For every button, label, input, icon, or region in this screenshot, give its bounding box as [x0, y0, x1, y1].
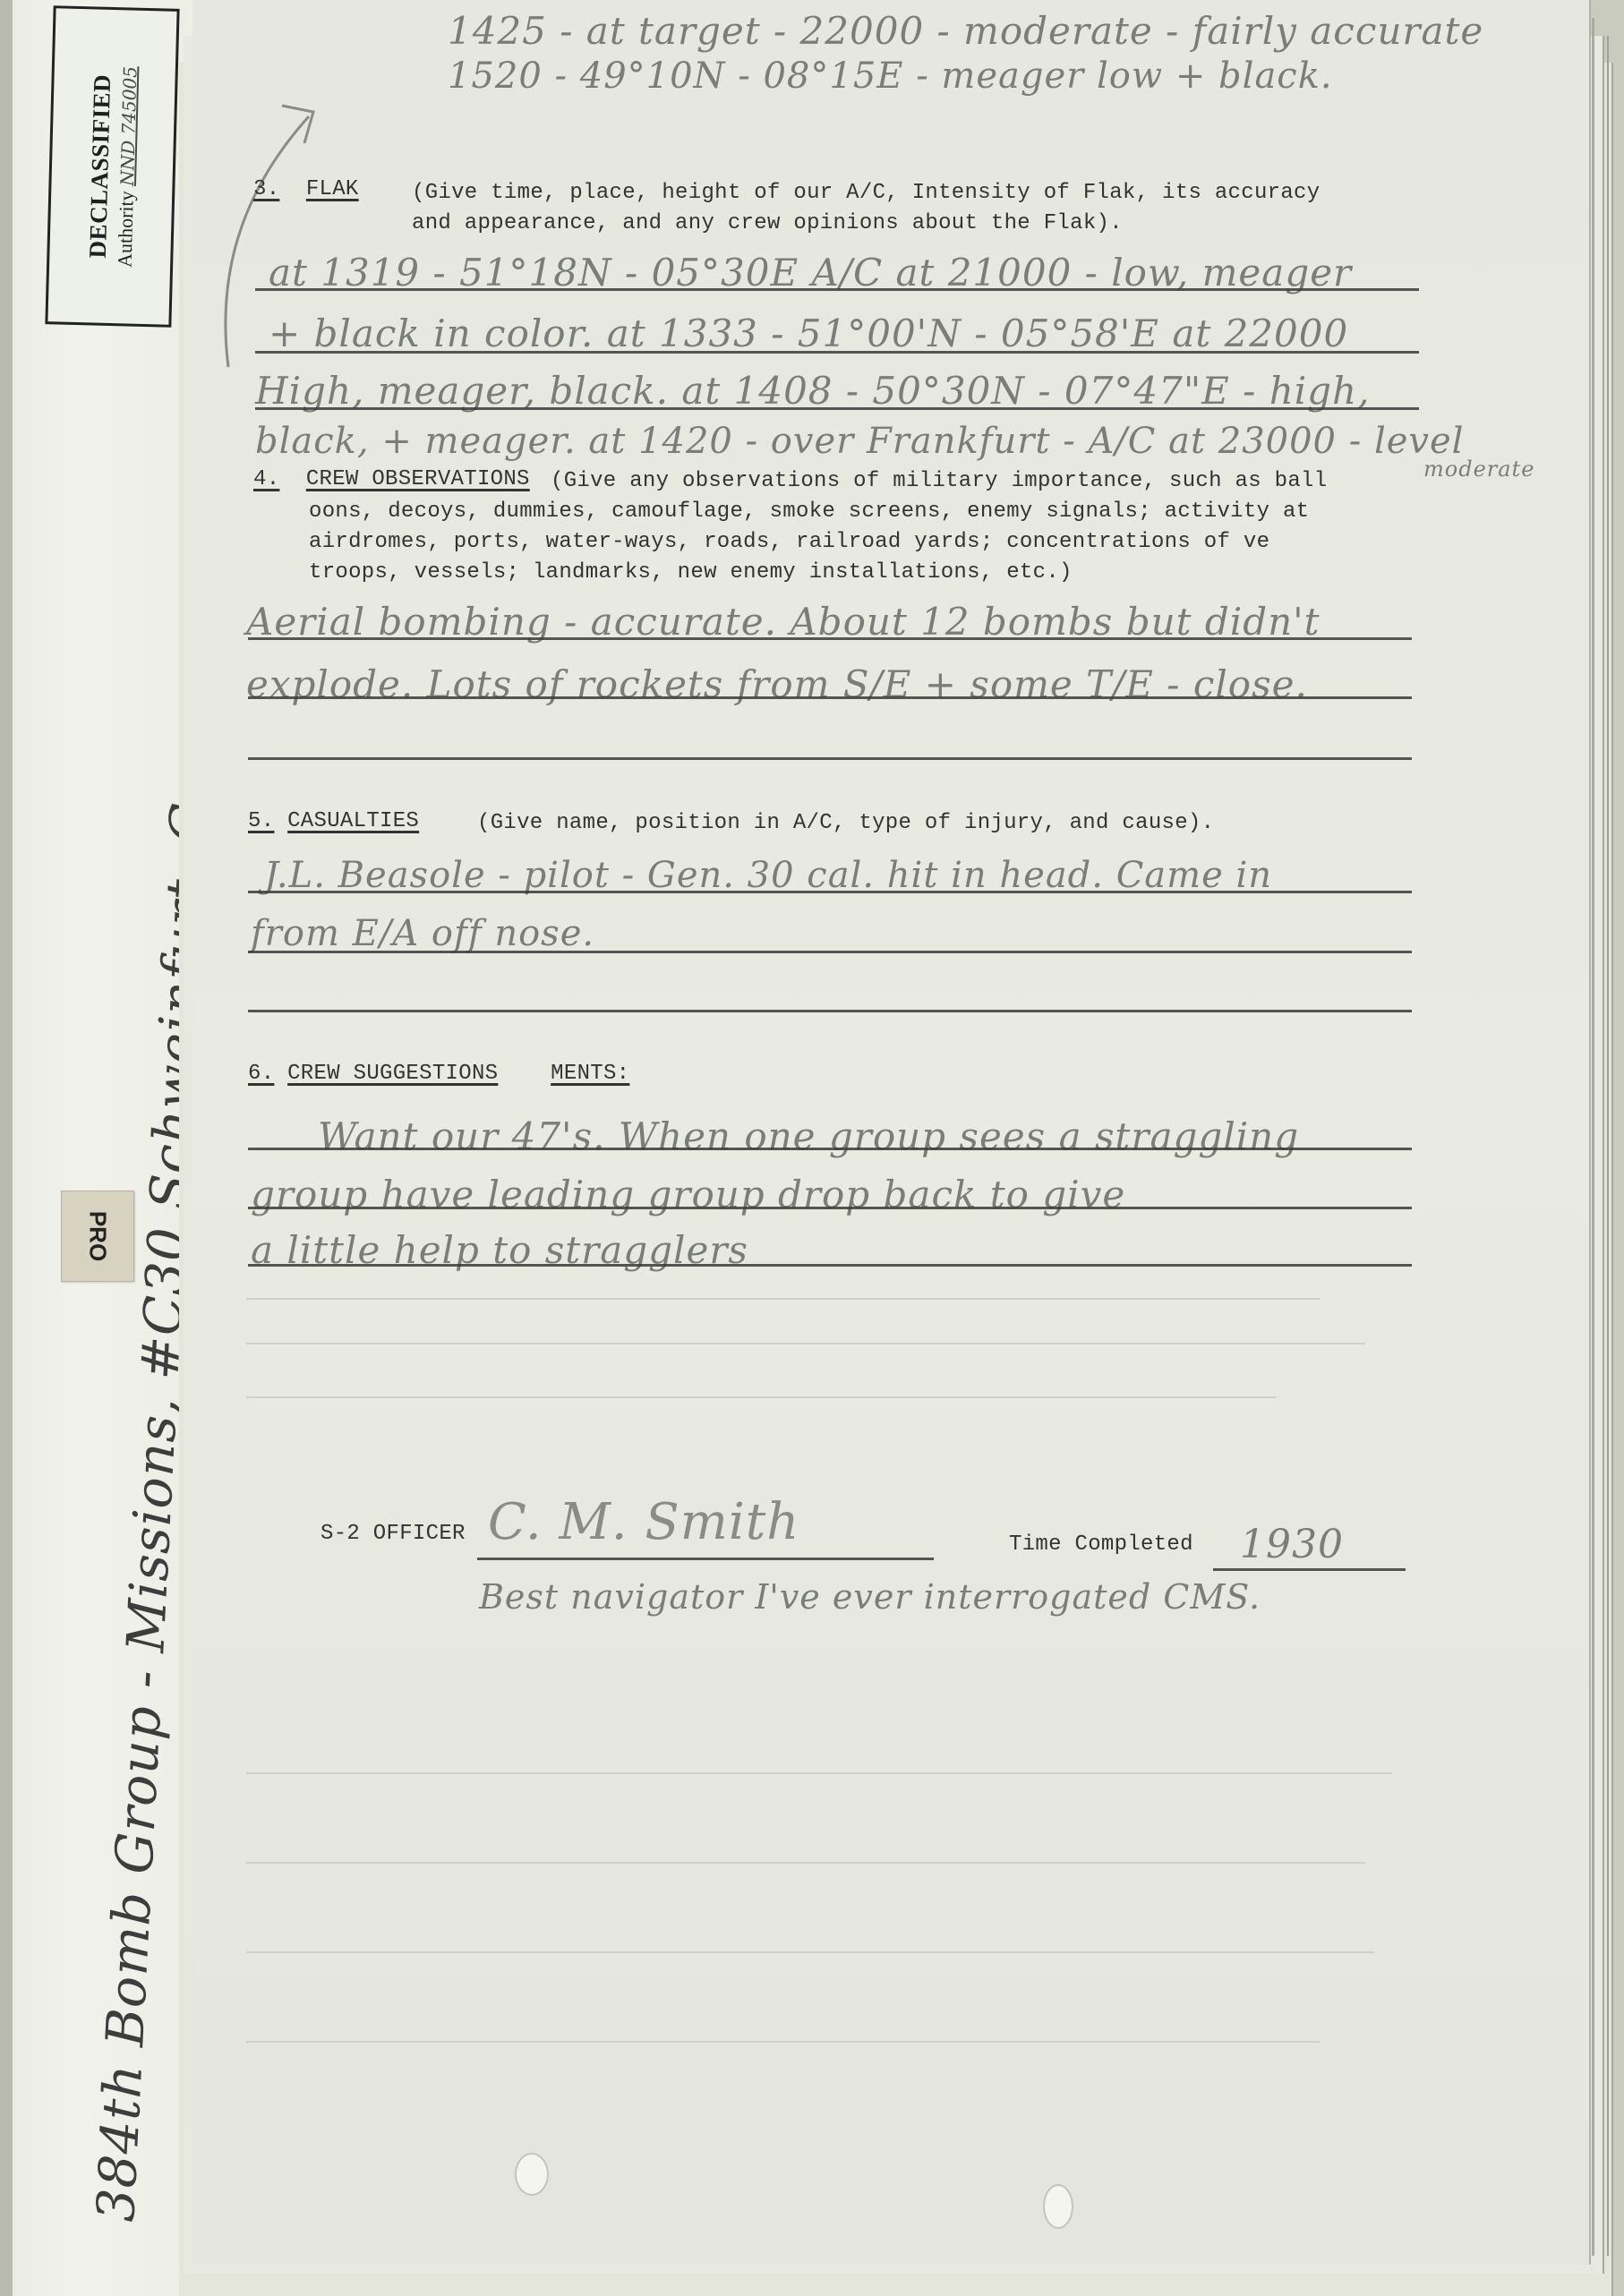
page-stack-edge [1607, 36, 1609, 2256]
bleed-through-line [246, 2041, 1321, 2043]
casualties-instructions: (Give name, position in A/C, type of inj… [477, 811, 1214, 835]
bleed-through-line [246, 1772, 1392, 1774]
answer-rule [248, 1010, 1412, 1012]
flak-instructions-2: and appearance, and any crew opinions ab… [412, 211, 1123, 235]
bleed-through-line [246, 1862, 1365, 1864]
s2-officer-label: S-2 OFFICER [321, 1522, 466, 1546]
time-rule [1213, 1568, 1406, 1571]
time-completed-label: Time Completed [1009, 1532, 1193, 1557]
answer-rule [248, 637, 1412, 640]
interrogation-form-page: 1425 - at target - 22000 - moderate - fa… [192, 0, 1591, 2265]
crew-observations-title: CREW OBSERVATIONS [306, 467, 530, 491]
crew-observations-instructions-2: oons, decoys, dummies, camouflage, smoke… [309, 499, 1309, 524]
crew-observations-number: 4. [253, 467, 279, 491]
crew-observations-instructions-4: troops, vessels; landmarks, new enemy in… [309, 560, 1073, 585]
answer-rule [255, 351, 1419, 354]
folder-cover: DECLASSIFIED Authority NND 745005 384th … [0, 0, 192, 2296]
signature-rule [477, 1558, 934, 1560]
bleed-through-line [246, 1951, 1374, 1953]
stamp-authority: Authority NND 745005 [113, 66, 141, 268]
s2-officer-signature: C. M. Smith [488, 1493, 799, 1551]
crew-observations-answer-2: explode. Lots of rockets from S/E + some… [246, 662, 1308, 706]
casualties-title: CASUALTIES [287, 809, 419, 833]
flak-heading: FLAK [306, 177, 359, 201]
folder-edge [0, 0, 13, 2296]
flak-answer-line-4: black, + meager. at 1420 - over Frankfur… [255, 421, 1464, 462]
casualties-answer-2: from E/A off nose. [251, 913, 594, 954]
authority-label: Authority [113, 191, 137, 268]
answer-rule [248, 1207, 1412, 1209]
authority-value: NND 745005 [115, 66, 140, 186]
bleed-through-line [246, 1396, 1276, 1398]
answer-rule [248, 1264, 1412, 1267]
flak-margin-note: moderate [1423, 457, 1534, 482]
answer-rule [248, 757, 1412, 760]
crew-suggestions-suffix: MENTS: [551, 1062, 629, 1086]
top-note-2: 1520 - 49°10N - 08°15E - meager low + bl… [448, 55, 1333, 97]
time-completed-value: 1930 [1240, 1522, 1344, 1567]
answer-rule [248, 696, 1412, 699]
stamp-title: DECLASSIFIED [83, 65, 116, 268]
bleed-through-line [246, 1343, 1365, 1344]
flak-answer-line-2: + black in color. at 1333 - 51°00'N - 05… [269, 312, 1348, 355]
crew-observations-heading: 4. CREW OBSERVATIONS [253, 467, 530, 491]
crew-suggestions-heading: 6. CREW SUGGESTIONS MENTS: [248, 1062, 629, 1086]
crew-suggestions-answer-2: group have leading group drop back to gi… [251, 1173, 1125, 1216]
flak-number: 3. [253, 177, 279, 201]
flak-instructions-1: (Give time, place, height of our A/C, In… [412, 181, 1320, 205]
pro-tab[interactable]: PRO [61, 1191, 134, 1282]
s2-officer-remark: Best navigator I've ever interrogated CM… [479, 1577, 1261, 1617]
crew-suggestions-answer-1: Want our 47's. When one group sees a str… [318, 1114, 1299, 1158]
flak-answer-line-3: High, meager, black. at 1408 - 50°30N - … [255, 369, 1370, 413]
answer-rule [248, 891, 1412, 893]
answer-rule [248, 1148, 1412, 1150]
pro-tab-label: PRO [84, 1211, 112, 1261]
answer-rule [255, 407, 1419, 410]
crew-suggestions-title: CREW SUGGESTIONS [287, 1062, 498, 1086]
answer-rule [248, 951, 1412, 953]
casualties-number: 5. [248, 809, 274, 833]
punch-hole [515, 2153, 549, 2196]
declassified-stamp: DECLASSIFIED Authority NND 745005 [45, 5, 179, 328]
flak-section-heading: 3. FLAK [253, 177, 359, 201]
crew-observations-instructions-1: (Give any observations of military impor… [551, 469, 1327, 493]
crew-observations-instructions-3: airdromes, ports, water-ways, roads, rai… [309, 530, 1269, 554]
crew-suggestions-number: 6. [248, 1062, 274, 1086]
answer-rule [255, 288, 1419, 291]
casualties-heading: 5. CASUALTIES [248, 809, 419, 833]
bleed-through-line [246, 1298, 1321, 1300]
page-stack-edge [1592, 18, 1594, 2256]
top-note-1: 1425 - at target - 22000 - moderate - fa… [448, 9, 1483, 53]
punch-hole [1043, 2184, 1073, 2229]
